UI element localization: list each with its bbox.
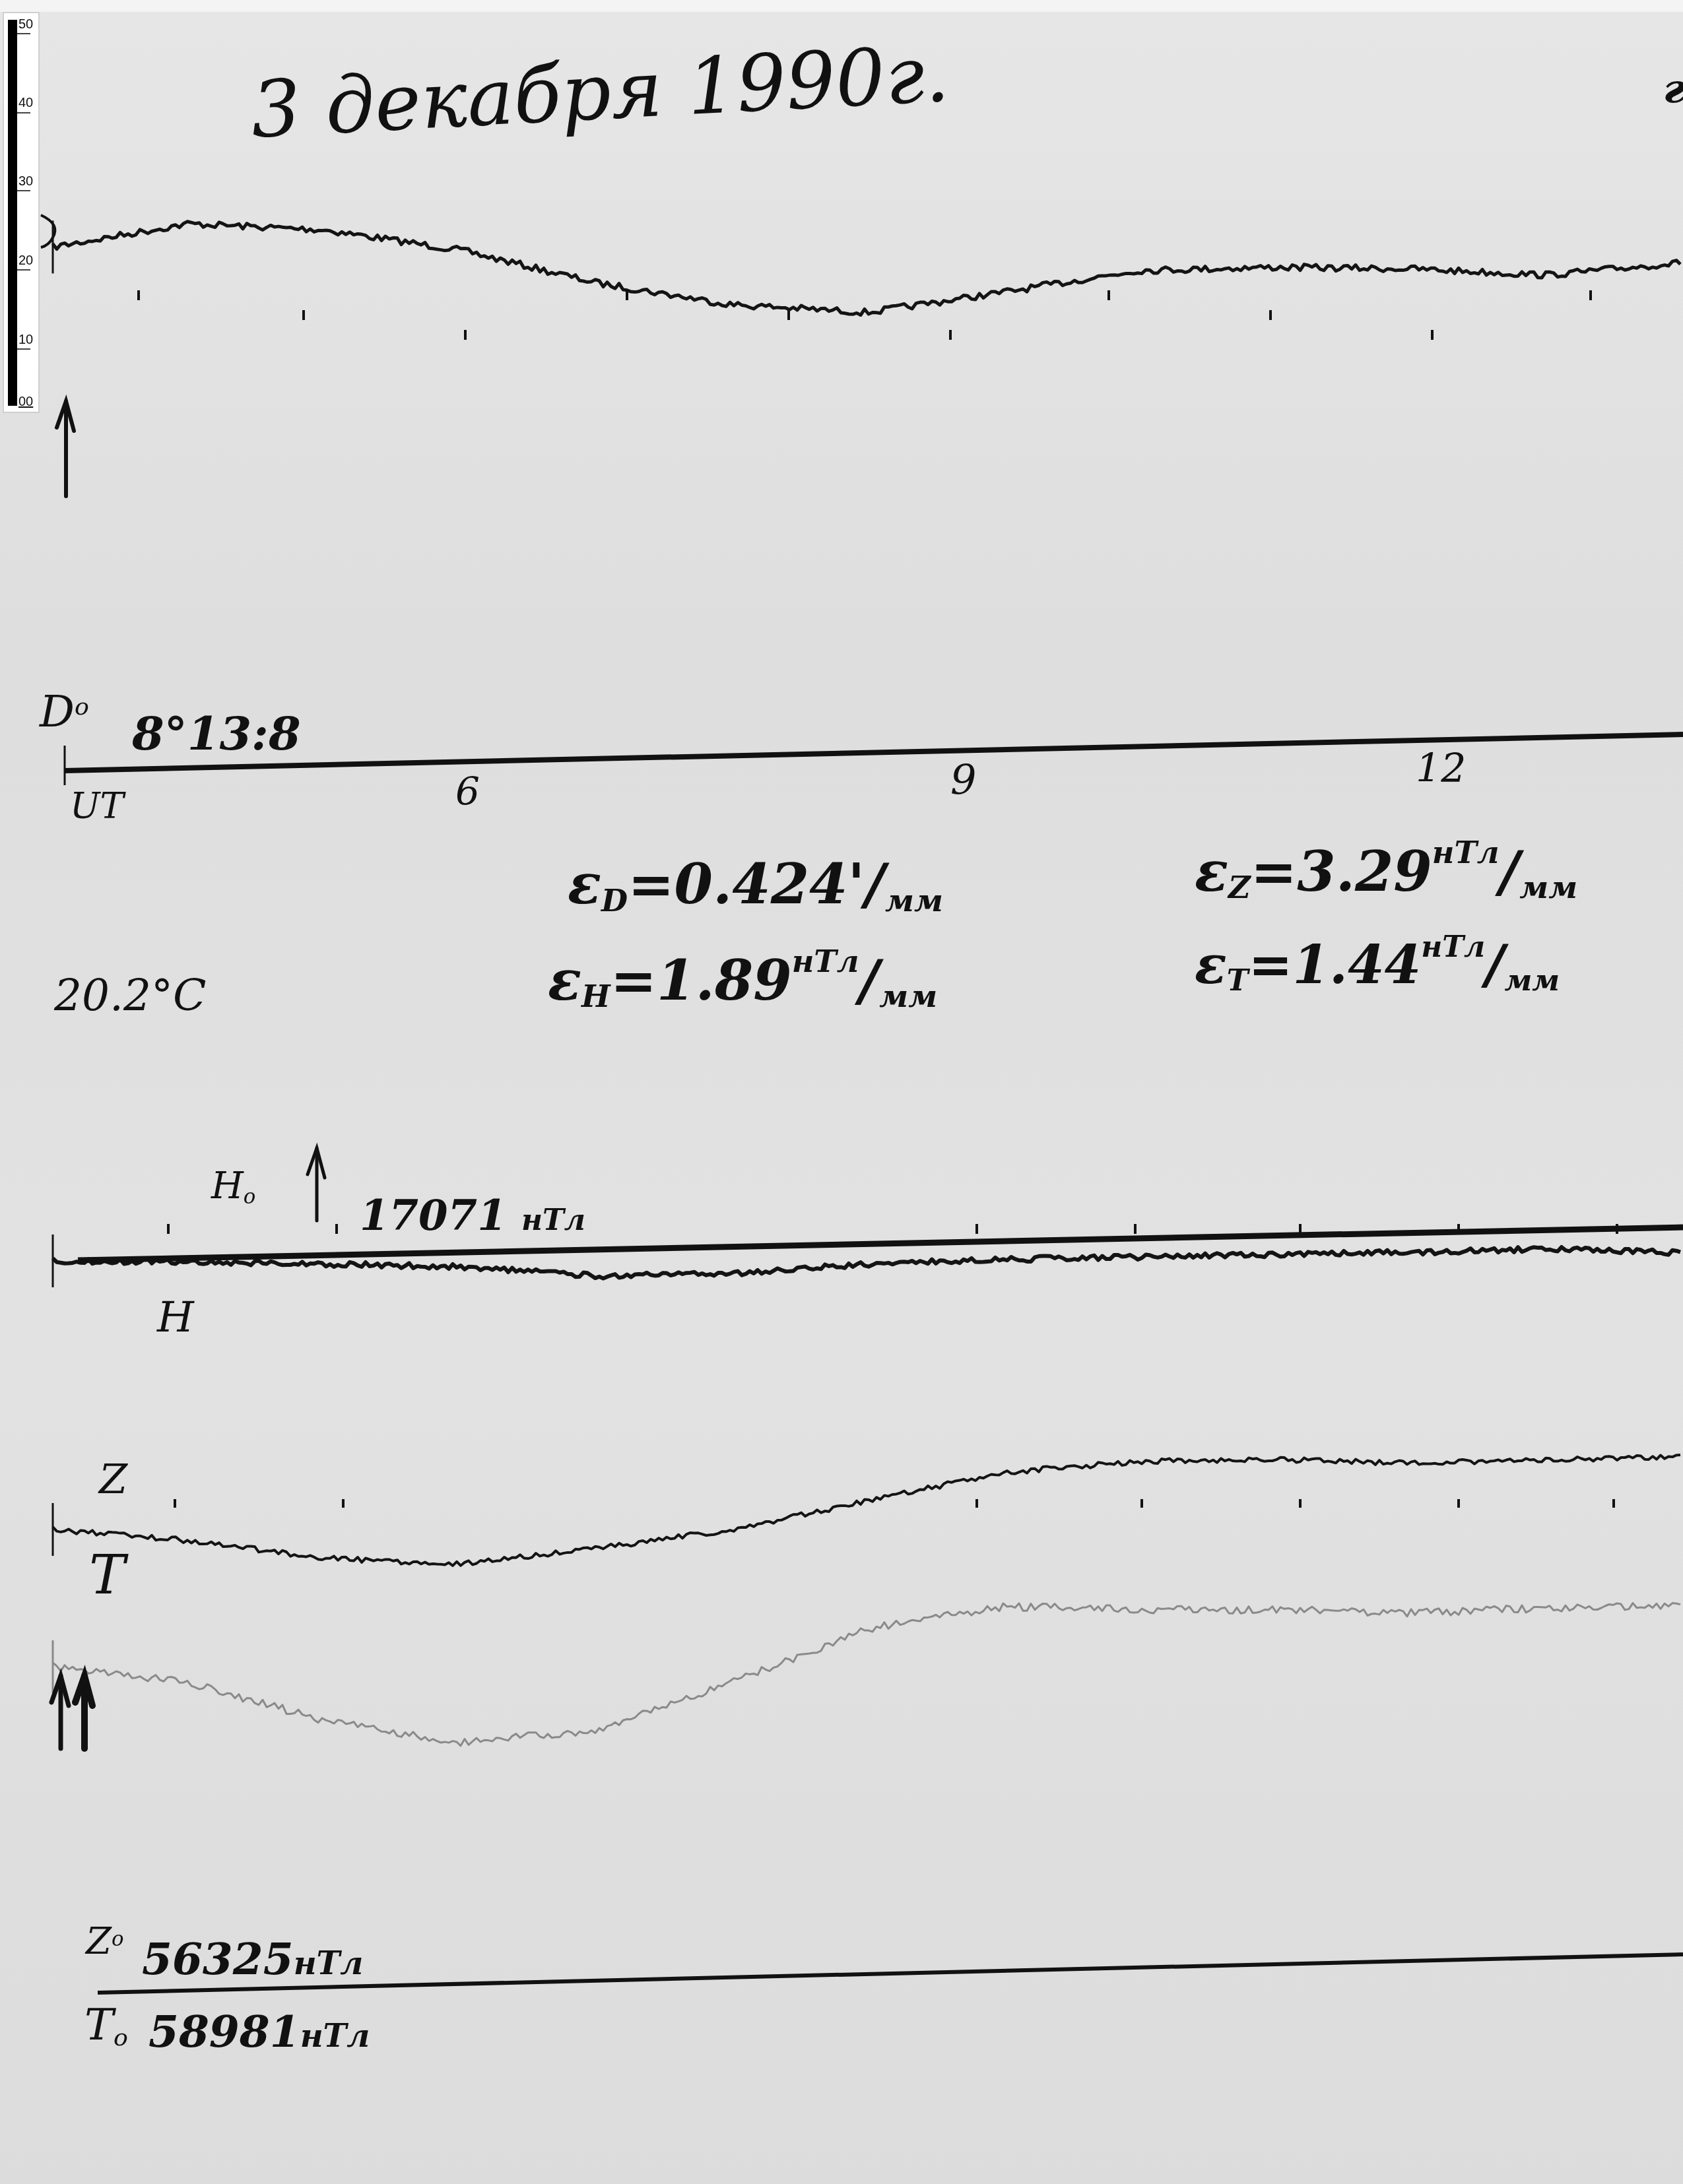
h-trace-label: H: [157, 1293, 194, 1342]
z-trace-label: Z: [99, 1455, 127, 1503]
scale-value-z: εZ=3.29нТл/мм: [1195, 835, 1577, 905]
h0-sub: o: [244, 1185, 256, 1209]
d0-label: Do: [40, 686, 89, 737]
scale-value-t: εT=1.44нТл/мм: [1195, 930, 1560, 998]
scale-sub: Z: [1228, 870, 1251, 905]
scale-sub: D: [601, 883, 628, 918]
scale-unit-bottom: мм: [879, 979, 937, 1014]
h0-symbol: H: [211, 1165, 244, 1207]
z0-unit: нТл: [294, 1945, 364, 1982]
t0-unit: нТл: [300, 2018, 370, 2055]
scale-number: 0.424: [675, 851, 848, 916]
t-trace-label: T: [89, 1544, 125, 1607]
d0-value: 8°13:8: [132, 706, 301, 761]
d0-sub: o: [75, 692, 89, 721]
epsilon-symbol: ε: [1195, 839, 1228, 904]
z0-symbol: Z: [86, 1920, 112, 1963]
t0-number: 58981: [148, 2006, 300, 2057]
z0-value: 56325нТл: [142, 1933, 363, 1985]
z0-sub: o: [112, 1927, 124, 1951]
trace-h: [53, 1247, 1680, 1279]
scale-number: 3.29: [1297, 839, 1432, 904]
epsilon-symbol: ε: [568, 851, 601, 916]
h0-label: Ho: [211, 1165, 255, 1209]
ut-label: UT: [70, 785, 124, 827]
scale-sub: H: [581, 979, 610, 1014]
h0-baseline: [78, 1227, 1683, 1260]
t0-symbol: T: [84, 1999, 114, 2050]
h0-number: 17071: [360, 1191, 507, 1240]
h0-unit: нТл: [521, 1204, 585, 1237]
scale-unit-top: ': [848, 851, 865, 916]
t0-sub: o: [114, 2023, 128, 2051]
scale-unit-top: нТл: [1432, 835, 1500, 870]
temperature-label: 20.2°C: [54, 970, 206, 1021]
scale-number: 1.44: [1292, 934, 1421, 996]
scale-number: 1.89: [657, 947, 792, 1013]
z0-number: 56325: [142, 1933, 294, 1985]
z0-label: Zo: [86, 1920, 123, 1963]
hour-label-12: 12: [1416, 746, 1466, 792]
scale-unit-bottom: мм: [1519, 870, 1577, 905]
trace-d: [53, 222, 1680, 315]
scale-unit-bottom: мм: [885, 883, 943, 918]
trace-z: [53, 1455, 1680, 1566]
epsilon-symbol: ε: [1195, 934, 1227, 996]
scale-unit-top: нТл: [1421, 930, 1485, 964]
trace-canvas: [0, 0, 1683, 2184]
trace-t: [53, 1603, 1680, 1746]
t0-value: 58981нТл: [148, 2006, 370, 2057]
hour-label-9: 9: [950, 755, 976, 804]
hour-label-6: 6: [455, 769, 480, 814]
epsilon-symbol: ε: [548, 947, 581, 1013]
scale-unit-top: нТл: [792, 944, 859, 979]
t0-label: To: [84, 1999, 128, 2051]
scale-value-h: εH=1.89нТл/мм: [548, 944, 937, 1014]
scale-sub: T: [1227, 964, 1249, 998]
d0-symbol: D: [40, 686, 75, 737]
h0-value: 17071 нТл: [360, 1191, 585, 1240]
scale-value-d: εD=0.424'/мм: [568, 851, 943, 918]
scale-unit-bottom: мм: [1505, 964, 1560, 998]
